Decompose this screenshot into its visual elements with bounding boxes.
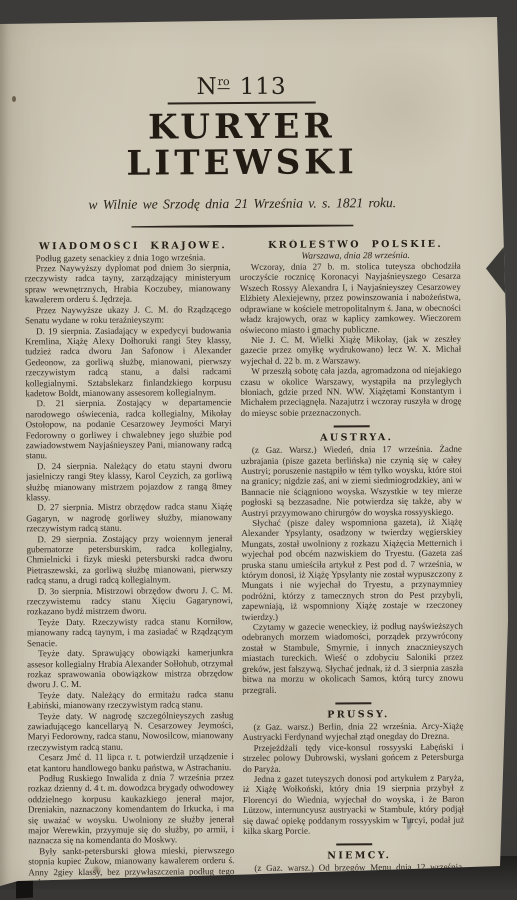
issue-number-value: 113 [240, 73, 287, 99]
paragraph: W przeszłą sobotę cała jazda, agromadzon… [240, 365, 461, 418]
scan-background: Nro113 KURYER LITEWSKI w Wilnie we Srzod… [0, 0, 517, 900]
paragraph: Podług Ruskiego Inwalida z dnia 7 wrześn… [28, 772, 234, 846]
paragraph: Cesarz Jmć d. 11 lipca r. t. potwierdził… [28, 751, 234, 773]
section-divider [333, 425, 369, 427]
paragraph: Teyże daty. Sprawujący obowiązki kamerju… [27, 647, 233, 690]
paragraph: D. 27 sierpnia. Mistrz obrzędow radca st… [26, 501, 232, 533]
section-divider [335, 702, 371, 704]
paragraph: D. 24 sierpnia. Należący do etatu stayni… [26, 460, 232, 503]
issue-prefix: N [197, 74, 218, 100]
paragraph: D. 29 sierpnia. Zostający przy woiennym … [26, 533, 232, 586]
issue-number: Nro113 [24, 69, 460, 100]
paragraph: Teyże Daty. Rzeczywisty radca stanu Korn… [27, 616, 233, 648]
page-curl-shadow [486, 231, 517, 309]
issue-superscript: ro [218, 75, 230, 89]
paragraph: Przejeżdżali tędy vice-konsul rossyyski … [243, 741, 464, 774]
printed-area: Nro113 KURYER LITEWSKI w Wilnie we Srzod… [24, 69, 465, 889]
paper-stain [12, 96, 16, 102]
paragraph: D. 3o sierpnia. Mistrzowi obrzędow dworu… [27, 585, 233, 617]
masthead-divider-rule [131, 224, 353, 228]
paragraph: Przez Naywyższe ukazy J. C. M. do Rządzą… [25, 304, 231, 326]
issue-divider-rule [168, 101, 316, 104]
edition-dateline: w Wilnie we Srzodę dnia 21 Września v. s… [24, 193, 460, 214]
paragraph: D. 19 sierpnia. Zasiadający w expedycyi … [25, 325, 231, 399]
paragraph: Czytamy w gazecie weneckiey, iż podług n… [242, 621, 463, 695]
section-header-domestic-news: WIADOMOŚCI KRAJOWE. [25, 240, 231, 253]
text-columns: WIADOMOŚCI KRAJOWE. Podług gazety senack… [25, 238, 465, 889]
paragraph: (z Gaz. warsz.) Berlin, dnia 22 września… [242, 721, 463, 743]
newspaper-page: Nro113 KURYER LITEWSKI w Wilnie we Srzod… [0, 0, 517, 900]
paragraph: Nie J. C. M. Wielki Xiążę Mikołay, (jak … [240, 334, 461, 367]
paragraph: Teyże daty. W nagrodę szczególnieyszych … [27, 710, 233, 753]
section-header-kingdom-of-poland: KRÓLESTWO POLSKIE. [240, 238, 461, 251]
left-column: WIADOMOŚCI KRAJOWE. Podług gazety senack… [25, 240, 235, 889]
paragraph: Teyże daty. Należący do ermitażu radca s… [27, 689, 233, 711]
paragraph: Jedna z gazet tuteyszych donosi pod arty… [243, 773, 464, 837]
paragraph: Słychać (pisze daley wspomniona gazeta),… [241, 517, 463, 622]
paragraph: (z Gaz. Warsz.) Wiedeń, dnia 17 września… [241, 444, 462, 518]
right-column: KRÓLESTWO POLSKIE. Warszawa, dnia 28 wrz… [240, 238, 465, 887]
paragraph: Wczoray, dnia 27 b. m. stolica tuteysza … [240, 261, 461, 335]
nameplate-title: KURYER LITEWSKI [24, 107, 460, 182]
paragraph: D. 21 sierpnia. Zostający w departamenci… [26, 397, 232, 461]
section-divider [336, 844, 372, 846]
paragraph: Przez Naywyższy dyplomat pod dniem 3o si… [25, 262, 231, 305]
